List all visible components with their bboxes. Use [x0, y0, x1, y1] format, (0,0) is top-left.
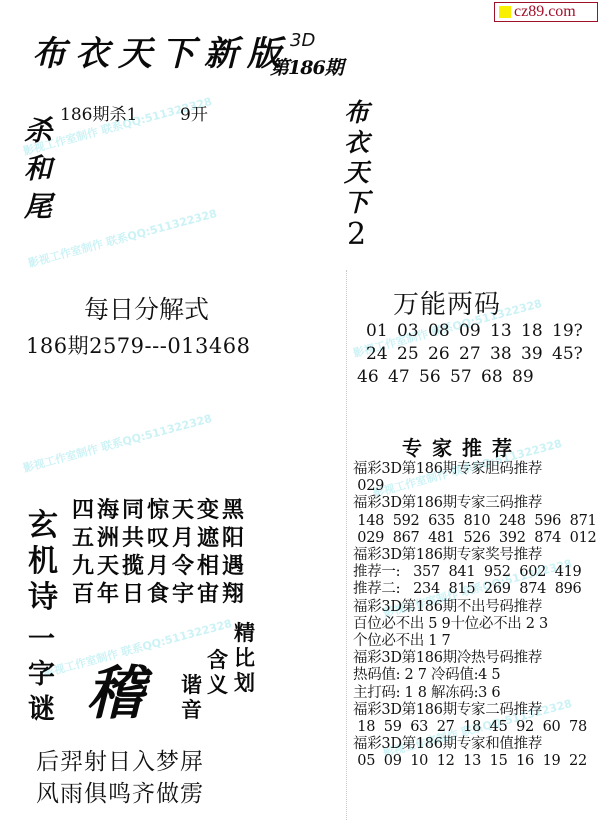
vertical-char: 下 [344, 188, 369, 218]
kill-vertical-label: 杀 和 尾 [24, 112, 52, 226]
code: 45? [552, 343, 583, 366]
poem-line: 百年日食宇宙翔 [72, 580, 247, 608]
poem-label-char: 玄 [28, 508, 58, 544]
expert-value: 029 [353, 478, 596, 495]
bottom-poem-line: 风雨俱鸣齐做雳 [36, 778, 204, 810]
kill-label-char: 尾 [24, 188, 52, 226]
poem-line: 九天揽月令相遇 [72, 552, 247, 580]
expert-value: 05 09 10 12 13 15 16 19 22 [353, 753, 596, 770]
expert-heading: 福彩3D第186期专家胆码推荐 [353, 461, 596, 478]
code: 24 [366, 343, 397, 366]
riddle-hint-meaning: 含 义 [207, 647, 228, 697]
code: 08 [428, 320, 459, 343]
code: 13 [490, 320, 521, 343]
expert-value: 029 867 481 526 392 874 012 [353, 530, 596, 547]
two-codes-grid: 01 03 08 09 13 18 19? 24 25 26 27 38 39 … [366, 320, 583, 389]
expert-value: 主打码: 1 8 解冻码:3 6 [353, 685, 596, 702]
code: 18 [521, 320, 552, 343]
code: 68 [481, 366, 512, 389]
column-divider [346, 270, 348, 820]
kill-label-char: 杀 [24, 112, 52, 150]
vertical-char: 布 [344, 98, 369, 128]
poem-label-char: 诗 [28, 580, 58, 616]
watermark: 影视工作室制作 联系QQ:511322328 [26, 205, 218, 271]
site-badge[interactable]: cz89.com [494, 2, 598, 22]
hint-char: 义 [207, 672, 228, 697]
kill-label-char: 和 [24, 150, 52, 188]
code: 03 [397, 320, 428, 343]
watermark: 影视工作室制作 联系QQ:511322328 [21, 410, 213, 476]
expert-value: 推荐二: 234 815 269 874 896 [353, 581, 596, 598]
daily-decomposition-title: 每日分解式 [84, 290, 209, 326]
code: 47 [388, 366, 419, 389]
poem-line: 四海同惊天变黑 [72, 496, 247, 524]
game-label: 3D [290, 30, 315, 51]
hint-char: 音 [181, 697, 202, 722]
site-badge-text: cz89.com [514, 3, 576, 21]
hint-char: 划 [234, 670, 255, 695]
expert-value: 个位必不出 1 7 [353, 633, 596, 650]
code: 09 [459, 320, 490, 343]
vertical-number: 2 [347, 218, 366, 252]
issue-label: 第186期 [270, 53, 343, 80]
two-codes-title: 万能两码 [393, 284, 501, 321]
riddle-label-char: 谜 [28, 692, 55, 727]
expert-title: 专家推荐 [402, 432, 522, 461]
code: 25 [397, 343, 428, 366]
hint-char: 谐 [181, 672, 202, 697]
code: 39 [521, 343, 552, 366]
expert-value: 推荐一: 357 841 952 602 419 [353, 564, 596, 581]
expert-value: 148 592 635 810 248 596 871 [353, 513, 596, 530]
kill-result: 9开 [180, 100, 208, 125]
code: 89 [512, 366, 534, 389]
hint-char: 含 [207, 647, 228, 672]
riddle-hint-homophone: 谐 音 [181, 672, 202, 722]
riddle-label: 一 字 谜 [28, 622, 55, 727]
page-title: 布衣天下新版 [32, 26, 290, 75]
poem-label-char: 机 [28, 544, 58, 580]
mystic-poem-label: 玄 机 诗 [28, 508, 58, 616]
expert-value: 热码值: 2 7 冷码值:4 5 [353, 667, 596, 684]
code: 19? [552, 320, 583, 343]
expert-value: 百位必不出 5 9十位必不出 2 3 [353, 616, 596, 633]
bottom-poem: 后羿射日入梦屏 风雨俱鸣齐做雳 [36, 746, 204, 810]
hint-char: 比 [234, 645, 255, 670]
riddle-label-char: 一 [28, 622, 55, 657]
code: 01 [366, 320, 397, 343]
expert-value: 18 59 63 27 18 45 92 60 78 [353, 719, 596, 736]
code: 46 [357, 366, 388, 389]
riddle-glyph: 稽 [86, 646, 144, 730]
code: 38 [490, 343, 521, 366]
two-codes-row: 24 25 26 27 38 39 45? [366, 343, 583, 366]
code: 56 [419, 366, 450, 389]
two-codes-row: 46 47 56 57 68 89 [357, 366, 583, 389]
hint-char: 精 [234, 620, 255, 645]
poem-line: 五洲共叹月遮阳 [72, 524, 247, 552]
code: 57 [450, 366, 481, 389]
expert-heading: 福彩3D第186期不出号码推荐 [353, 599, 596, 616]
vertical-char: 衣 [344, 128, 369, 158]
two-codes-row: 01 03 08 09 13 18 19? [366, 320, 583, 343]
bottom-poem-line: 后羿射日入梦屏 [36, 746, 204, 778]
daily-decomposition-line: 186期2579---013468 [26, 330, 250, 360]
mystic-poem-lines: 四海同惊天变黑 五洲共叹月遮阳 九天揽月令相遇 百年日食宇宙翔 [72, 496, 247, 608]
yellow-square-icon [499, 6, 511, 18]
expert-heading: 福彩3D第186期专家奖号推荐 [353, 547, 596, 564]
expert-heading: 福彩3D第186期专家三码推荐 [353, 495, 596, 512]
expert-heading: 福彩3D第186期专家和值推荐 [353, 736, 596, 753]
expert-list: 福彩3D第186期专家胆码推荐 029 福彩3D第186期专家三码推荐 148 … [353, 461, 596, 771]
code: 27 [459, 343, 490, 366]
expert-heading: 福彩3D第186期专家二码推荐 [353, 702, 596, 719]
riddle-label-char: 字 [28, 657, 55, 692]
right-vertical-title: 布 衣 天 下 2 [344, 98, 369, 252]
riddle-hint-strokes: 精 比 划 [234, 620, 255, 695]
kill-line: 186期杀1 [60, 100, 137, 125]
expert-heading: 福彩3D第186期冷热号码推荐 [353, 650, 596, 667]
vertical-char: 天 [344, 158, 369, 188]
code: 26 [428, 343, 459, 366]
